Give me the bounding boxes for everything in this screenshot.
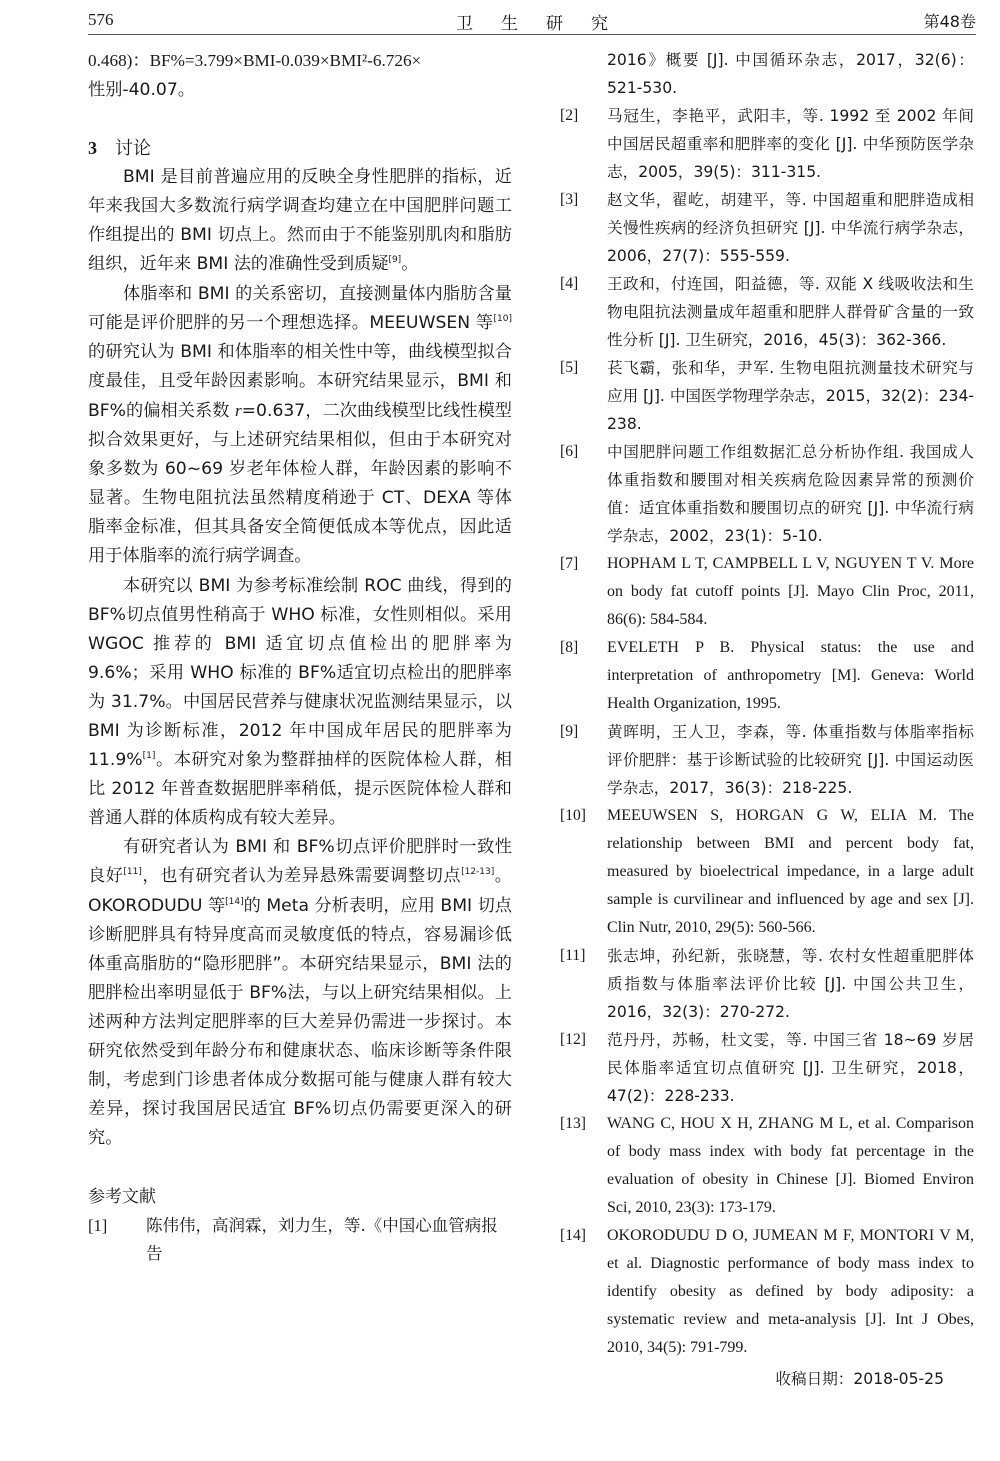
formula-line-2: 性别-40.07。 xyxy=(88,76,512,105)
paragraph-text: 本研究以 BMI 为参考标准绘制 ROC 曲线，得到的 BF%切点值男性稍高于 … xyxy=(88,576,512,771)
reference-number: [10] xyxy=(560,802,607,942)
reference-text: 王政和，付连国，阳益德，等. 双能 X 线吸收法和生物电阻抗法测量成年超重和肥胖… xyxy=(607,270,974,354)
journal-title: 卫生研究 xyxy=(88,9,976,34)
left-column: 0.468)：BF%=3.799×BMI-0.039×BMI²-6.726× 性… xyxy=(88,46,512,1268)
punctuation: 。 xyxy=(401,254,418,274)
formula-text: 0.468)：BF%=3.799×BMI-0.039×BMI²-6.726× xyxy=(88,51,421,70)
reference-number: [5] xyxy=(560,354,607,438)
reference-item-11: [11]张志坤，孙纪新，张晓慧，等. 农村女性超重肥胖体质指数与体脂率法评价比较… xyxy=(560,942,974,1026)
reference-number: [12] xyxy=(560,1026,607,1110)
reference-number: [8] xyxy=(560,634,607,718)
citation[interactable]: [12-13] xyxy=(461,867,494,877)
section-number: 3 xyxy=(88,138,97,158)
reference-number: [2] xyxy=(560,102,607,186)
paragraph-1: BMI 是目前普遍应用的反映全身性肥胖的指标，近年来我国大多数流行病学调查均建立… xyxy=(88,163,512,279)
variable-r: r xyxy=(235,401,242,420)
spacer xyxy=(88,105,512,134)
reference-text: EVELETH P B. Physical status: the use an… xyxy=(607,634,974,718)
reference-number: [14] xyxy=(560,1222,607,1362)
reference-number: [7] xyxy=(560,550,607,634)
paragraph-text: BMI 是目前普遍应用的反映全身性肥胖的指标，近年来我国大多数流行病学调查均建立… xyxy=(88,167,512,274)
spacer xyxy=(88,1153,512,1182)
reference-1-continued: 2016》概要 [J]. 中国循环杂志，2017，32(6)：521-530. xyxy=(560,46,974,102)
reference-text: HOPHAM L T, CAMPBELL L V, NGUYEN T V. Mo… xyxy=(607,550,974,634)
reference-item-5: [5]苌飞霸，张和华，尹军. 生物电阻抗测量技术研究与应用 [J]. 中国医学物… xyxy=(560,354,974,438)
reference-text: MEEUWSEN S, HORGAN G W, ELIA M. The rela… xyxy=(607,802,974,942)
section-heading: 3讨论 xyxy=(88,134,512,163)
citation[interactable]: [14] xyxy=(225,897,243,907)
paragraph-text: =0.637，二次曲线模型比线性模型拟合效果更好，与上述研究结果相似，但由于本研… xyxy=(88,401,512,566)
reference-text: 中国肥胖问题工作组数据汇总分析协作组. 我国成人体重指数和腰围对相关疾病危险因素… xyxy=(607,438,974,550)
citation[interactable]: [10] xyxy=(494,314,512,324)
paragraph-text: 体脂率和 BMI 的关系密切，直接测量体内脂肪含量可能是评价肥胖的另一个理想选择… xyxy=(88,284,512,333)
reference-item-3: [3]赵文华，翟屹，胡建平，等. 中国超重和肥胖造成相关慢性疾病的经济负担研究 … xyxy=(560,186,974,270)
reference-number: [13] xyxy=(560,1110,607,1222)
citation[interactable]: [9] xyxy=(388,255,401,265)
citation[interactable]: [11] xyxy=(123,867,141,877)
reference-text: 黄晖明，王人卫，李森，等. 体重指数与体脂率指标评价肥胖：基于诊断试验的比较研究… xyxy=(607,718,974,802)
citation[interactable]: [1] xyxy=(143,751,156,761)
reference-number: [6] xyxy=(560,438,607,550)
reference-text: 张志坤，孙纪新，张晓慧，等. 农村女性超重肥胖体质指数与体脂率法评价比较 [J]… xyxy=(607,942,974,1026)
section-title: 讨论 xyxy=(115,138,151,159)
reference-item-6: [6]中国肥胖问题工作组数据汇总分析协作组. 我国成人体重指数和腰围对相关疾病危… xyxy=(560,438,974,550)
reference-item-1: [1] 陈伟伟，高润霖，刘力生，等.《中国心血管病报告 xyxy=(88,1212,512,1268)
references-heading: 参考文献 xyxy=(88,1182,512,1212)
paragraph-3: 本研究以 BMI 为参考标准绘制 ROC 曲线，得到的 BF%切点值男性稍高于 … xyxy=(88,572,512,834)
reference-number: [1] xyxy=(88,1212,146,1268)
reference-item-8: [8]EVELETH P B. Physical status: the use… xyxy=(560,634,974,718)
reference-item-14: [14]OKORODUDU D O, JUMEAN M F, MONTORI V… xyxy=(560,1222,974,1362)
reference-text: 陈伟伟，高润霖，刘力生，等.《中国心血管病报告 xyxy=(146,1212,512,1268)
reference-text: OKORODUDU D O, JUMEAN M F, MONTORI V M, … xyxy=(607,1222,974,1362)
reference-number: [11] xyxy=(560,942,607,1026)
reference-text: 范丹丹，苏畅，杜文雯，等. 中国三省 18~69 岁居民体脂率适宜切点值研究 [… xyxy=(607,1026,974,1110)
right-column: 2016》概要 [J]. 中国循环杂志，2017，32(6)：521-530. … xyxy=(560,46,974,1410)
reference-item-4: [4]王政和，付连国，阳益德，等. 双能 X 线吸收法和生物电阻抗法测量成年超重… xyxy=(560,270,974,354)
reference-text: 苌飞霸，张和华，尹军. 生物电阻抗测量技术研究与应用 [J]. 中国医学物理学杂… xyxy=(607,354,974,438)
reference-item-10: [10]MEEUWSEN S, HORGAN G W, ELIA M. The … xyxy=(560,802,974,942)
reference-item-7: [7]HOPHAM L T, CAMPBELL L V, NGUYEN T V.… xyxy=(560,550,974,634)
reference-item-12: [12]范丹丹，苏畅，杜文雯，等. 中国三省 18~69 岁居民体脂率适宜切点值… xyxy=(560,1026,974,1110)
paragraph-text: 。本研究对象为整群抽样的医院体检人群，相比 2012 年普查数据肥胖率稍低，提示… xyxy=(88,750,512,828)
reference-text: 马冠生，李艳平，武阳丰，等. 1992 至 2002 年间中国居民超重率和肥胖率… xyxy=(607,102,974,186)
reference-item-13: [13]WANG C, HOU X H, ZHANG M L, et al. C… xyxy=(560,1110,974,1222)
paragraph-text: ，也有研究者认为差异悬殊需要调整切点 xyxy=(142,866,461,886)
volume-label: 第48卷 xyxy=(924,9,976,32)
reference-number: [3] xyxy=(560,186,607,270)
paragraph-4: 有研究者认为 BMI 和 BF%切点评价肥胖时一致性良好[11]，也有研究者认为… xyxy=(88,833,512,1153)
page-header: 576 卫生研究 第48卷 xyxy=(88,6,976,35)
reference-item-2: [2]马冠生，李艳平，武阳丰，等. 1992 至 2002 年间中国居民超重率和… xyxy=(560,102,974,186)
paragraph-2: 体脂率和 BMI 的关系密切，直接测量体内脂肪含量可能是评价肥胖的另一个理想选择… xyxy=(88,280,512,572)
reference-text: WANG C, HOU X H, ZHANG M L, et al. Compa… xyxy=(607,1110,974,1222)
paragraph-text: 的 Meta 分析表明，应用 BMI 切点诊断肥胖具有特异度高而灵敏度低的特点，… xyxy=(88,896,512,1149)
formula-line: 0.468)：BF%=3.799×BMI-0.039×BMI²-6.726× xyxy=(88,46,512,76)
reference-number: [9] xyxy=(560,718,607,802)
reference-text: 赵文华，翟屹，胡建平，等. 中国超重和肥胖造成相关慢性疾病的经济负担研究 [J]… xyxy=(607,186,974,270)
received-date: 收稿日期：2018-05-25 xyxy=(560,1364,974,1394)
reference-item-9: [9]黄晖明，王人卫，李森，等. 体重指数与体脂率指标评价肥胖：基于诊断试验的比… xyxy=(560,718,974,802)
reference-number: [4] xyxy=(560,270,607,354)
